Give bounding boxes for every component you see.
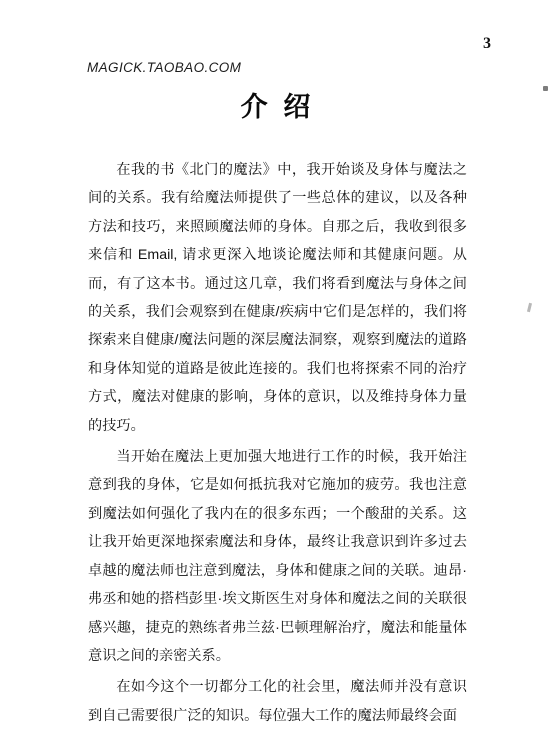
paragraph-2: 当开始在魔法上更加强大地进行工作的时候，我开始注意到我的身体，它是如何抵抗我对它… bbox=[88, 443, 467, 670]
body-text: 在我的书《北门的魔法》中，我开始谈及身体与魔法之间的关系。我有给魔法师提供了一些… bbox=[88, 156, 467, 729]
page-number: 3 bbox=[483, 35, 491, 53]
scan-artifact-speck bbox=[543, 86, 548, 91]
paragraph-1: 在我的书《北门的魔法》中，我开始谈及身体与魔法之间的关系。我有给魔法师提供了一些… bbox=[88, 156, 467, 440]
book-page: 3 MAGICK.TAOBAO.COM 介 绍 在我的书《北门的魔法》中，我开始… bbox=[0, 0, 552, 729]
watermark-text: MAGICK.TAOBAO.COM bbox=[87, 60, 241, 75]
paragraph-3: 在如今这个一切都分工化的社会里，魔法师并没有意识到自己需要很广泛的知识。每位强大… bbox=[88, 673, 467, 729]
scan-artifact-speck bbox=[527, 303, 532, 312]
chapter-title: 介 绍 bbox=[0, 85, 552, 124]
